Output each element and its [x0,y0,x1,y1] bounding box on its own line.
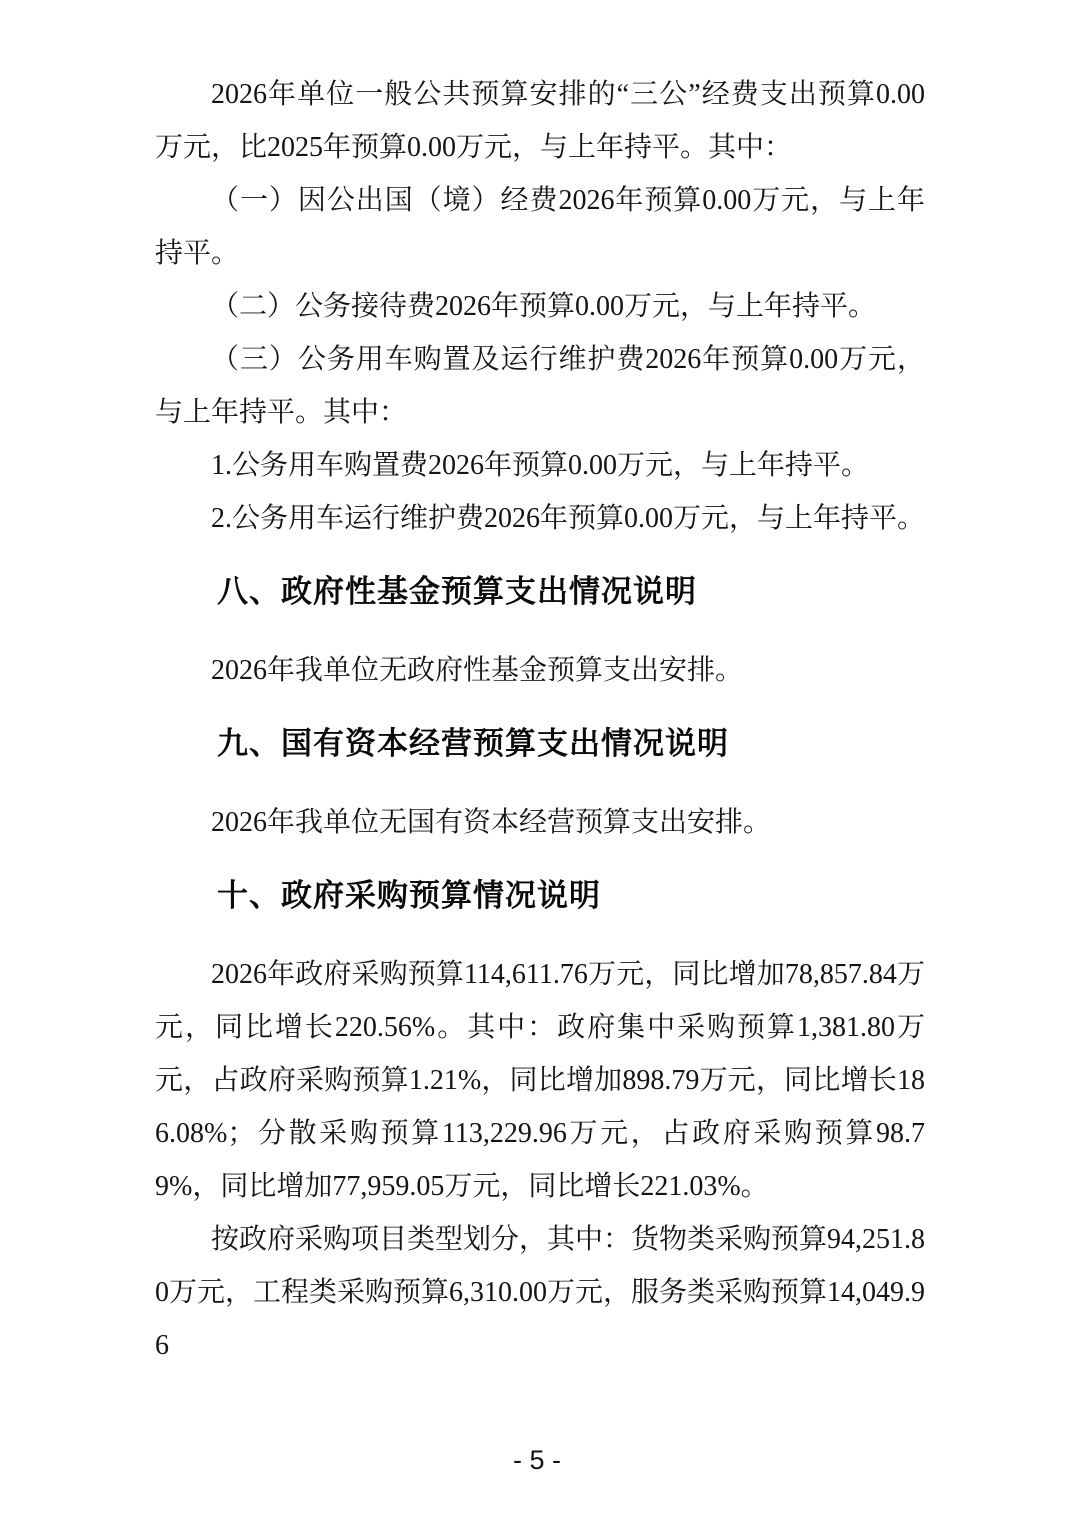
paragraph-section-9-body: 2026年我单位无国有资本经营预算支出安排。 [155,796,925,849]
paragraph-sangong-total: 2026年单位一般公共预算安排的“三公”经费支出预算0.00万元，比2025年预… [155,68,925,174]
page-number: - 5 - [0,1445,1074,1476]
section-heading-9-state-capital-budget: 九、国有资本经营预算支出情况说明 [155,717,925,770]
document-page: 2026年单位一般公共预算安排的“三公”经费支出预算0.00万元，比2025年预… [155,68,925,1372]
paragraph-section-8-body: 2026年我单位无政府性基金预算支出安排。 [155,644,925,697]
paragraph-vehicle-purchase: 1.公务用车购置费2026年预算0.00万元，与上年持平。 [155,439,925,492]
section-heading-10-gov-procurement-budget: 十、政府采购预算情况说明 [155,869,925,922]
paragraph-item-3-vehicle-expense: （三）公务用车购置及运行维护费2026年预算0.00万元，与上年持平。其中： [155,333,925,439]
paragraph-item-2-reception-expense: （二）公务接待费2026年预算0.00万元，与上年持平。 [155,280,925,333]
paragraph-vehicle-maintenance: 2.公务用车运行维护费2026年预算0.00万元，与上年持平。 [155,492,925,545]
paragraph-procurement-by-type: 按政府采购项目类型划分，其中：货物类采购预算94,251.80万元，工程类采购预… [155,1213,925,1372]
section-heading-8-gov-fund-budget: 八、政府性基金预算支出情况说明 [155,565,925,618]
paragraph-procurement-overview: 2026年政府采购预算114,611.76万元，同比增加78,857.84万元，… [155,948,925,1213]
paragraph-item-1-abroad-expense: （一）因公出国（境）经费2026年预算0.00万元，与上年持平。 [155,174,925,280]
